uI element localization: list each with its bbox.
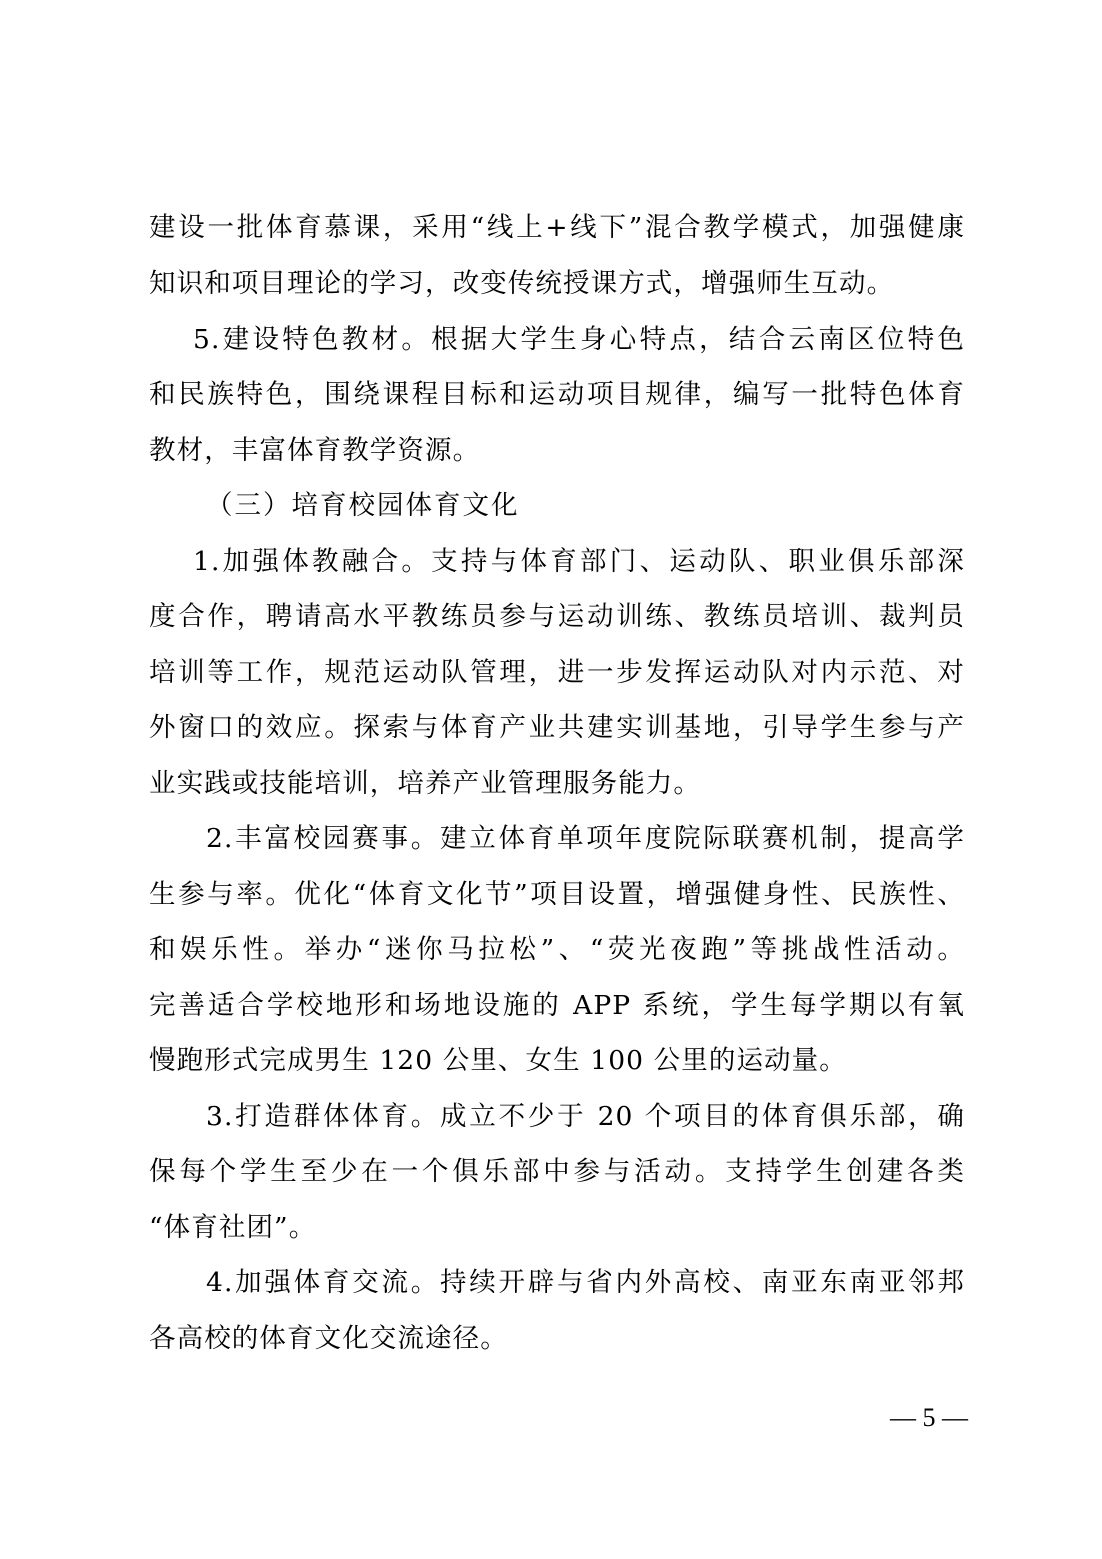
item-1-line: 1.加强体教融合。支持与体育部门、运动队、职业俱乐部深 xyxy=(193,542,965,582)
item-5-line: 5.建设特色教材。根据大学生身心特点，结合云南区位特色 xyxy=(193,320,965,360)
page-number: — 5 — xyxy=(873,1398,968,1438)
item-4-line: 4.加强体育交流。持续开辟与省内外高校、南亚东南亚邻邦 xyxy=(206,1263,965,1303)
item-5-line: 教材，丰富体育教学资源。 xyxy=(149,431,965,471)
section-heading: （三）培育校园体育文化 xyxy=(206,486,520,526)
item-2-line: 生参与率。优化“体育文化节”项目设置，增强健身性、民族性、 xyxy=(149,875,965,915)
item-3-line: “体育社团”。 xyxy=(149,1208,965,1248)
item-4-line: 各高校的体育文化交流途径。 xyxy=(149,1319,965,1359)
item-1-line: 培训等工作，规范运动队管理，进一步发挥运动队对内示范、对 xyxy=(149,653,965,693)
item-2-line: 2.丰富校园赛事。建立体育单项年度院际联赛机制，提高学 xyxy=(206,819,965,859)
paragraph-line: 知识和项目理论的学习，改变传统授课方式，增强师生互动。 xyxy=(149,264,965,304)
item-2-line: 完善适合学校地形和场地设施的 APP 系统，学生每学期以有氧 xyxy=(149,986,965,1026)
item-5-line: 和民族特色，围绕课程目标和运动项目规律，编写一批特色体育 xyxy=(149,375,965,415)
item-1-line: 度合作，聘请高水平教练员参与运动训练、教练员培训、裁判员 xyxy=(149,597,965,637)
item-3-line: 保每个学生至少在一个俱乐部中参与活动。支持学生创建各类 xyxy=(149,1152,965,1192)
item-2-line: 和娱乐性。举办“迷你马拉松”、“荧光夜跑”等挑战性活动。 xyxy=(149,930,965,970)
paragraph-line: 建设一批体育慕课，采用“线上+线下”混合教学模式，加强健康 xyxy=(149,208,965,248)
item-2-line: 慢跑形式完成男生 120 公里、女生 100 公里的运动量。 xyxy=(149,1041,965,1081)
document-page: 建设一批体育慕课，采用“线上+线下”混合教学模式，加强健康 知识和项目理论的学习… xyxy=(0,0,1102,1559)
item-3-line: 3.打造群体体育。成立不少于 20 个项目的体育俱乐部，确 xyxy=(206,1097,965,1137)
item-1-line: 业实践或技能培训，培养产业管理服务能力。 xyxy=(149,764,965,804)
item-1-line: 外窗口的效应。探索与体育产业共建实训基地，引导学生参与产 xyxy=(149,708,965,748)
